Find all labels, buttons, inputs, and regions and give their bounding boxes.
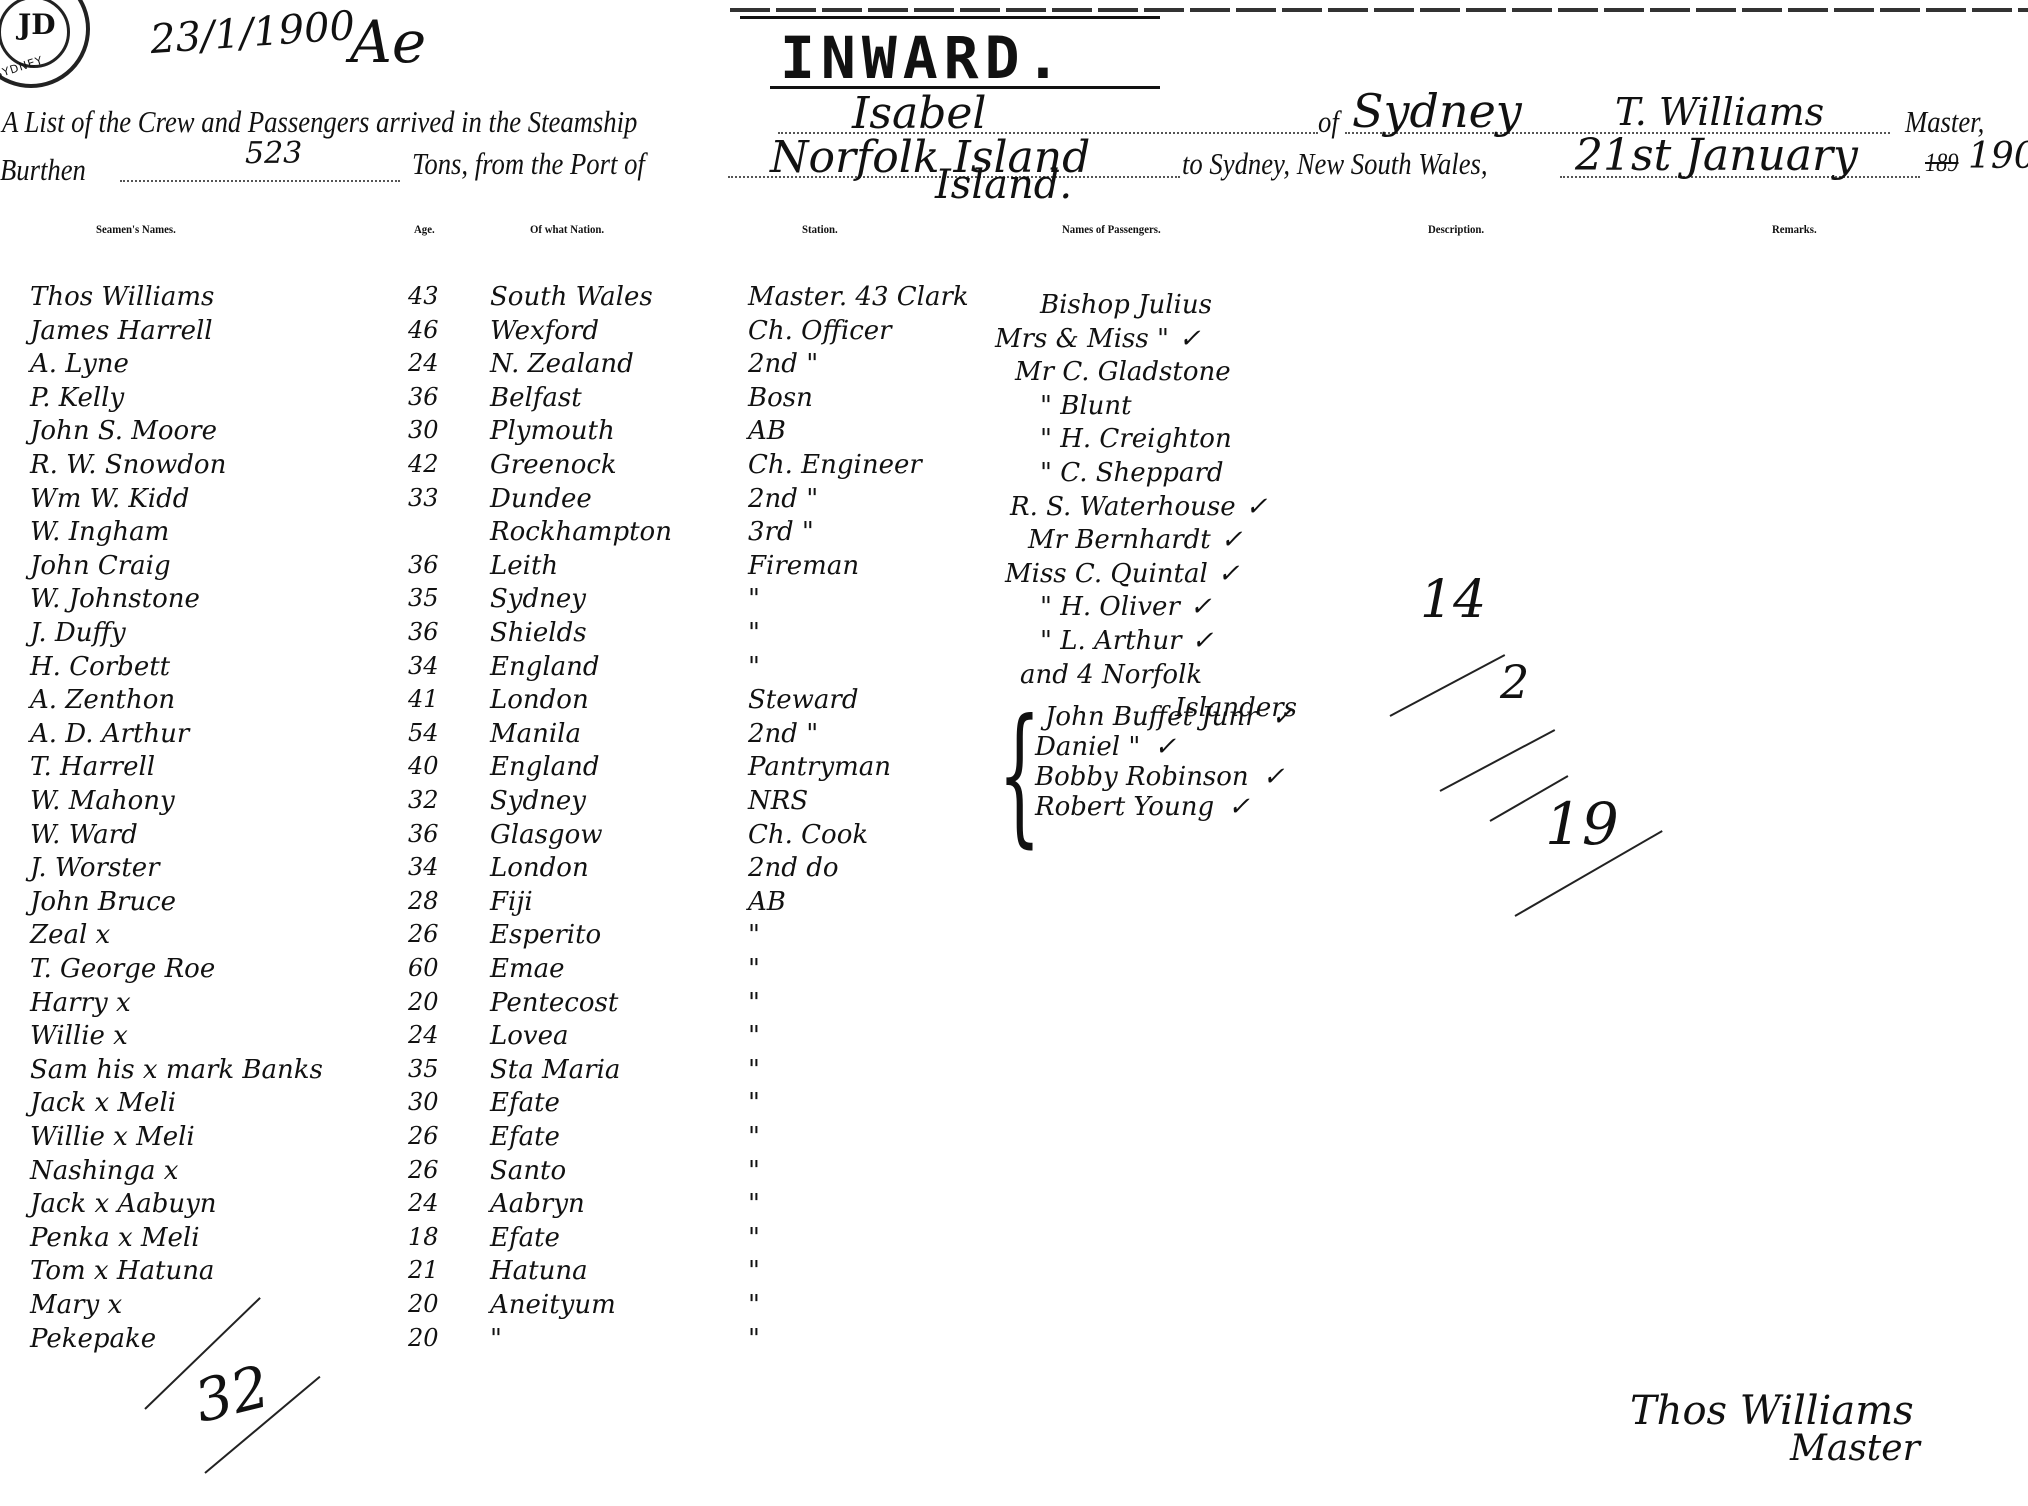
passenger-entry: " H. Creighton	[1040, 424, 1242, 454]
crew-nation: Efate	[490, 1122, 560, 1152]
passenger-name: " H. Oliver	[1040, 592, 1180, 622]
crew-nation: Dundee	[490, 484, 592, 514]
crew-station: AB	[748, 887, 786, 917]
checkmark-icon: ✓	[1272, 702, 1294, 732]
crew-name: Sam his x mark Banks	[30, 1055, 323, 1085]
crew-age: 43	[408, 282, 439, 310]
passenger-name: and 4 Norfolk	[1020, 660, 1202, 690]
crew-name: J. Worster	[30, 853, 160, 883]
crew-nation: Sta Maria	[490, 1055, 620, 1085]
tally-second: 2	[1500, 655, 1529, 709]
crew-row: Nashinga x26Santo"	[0, 1156, 2028, 1189]
col-age: Age.	[414, 222, 435, 237]
crew-name: Tom x Hatuna	[30, 1256, 214, 1286]
checkmark-icon: ✓	[1190, 592, 1212, 622]
crew-name: Pekepake	[30, 1324, 156, 1354]
top-border	[730, 8, 2028, 12]
crew-age: 42	[408, 450, 439, 478]
crew-age: 34	[408, 853, 439, 881]
passenger-name: R. S. Waterhouse	[1010, 492, 1236, 522]
crew-nation: Sydney	[490, 786, 586, 816]
crew-nation: Plymouth	[490, 416, 615, 446]
crew-station: "	[748, 1088, 760, 1118]
passenger-name: Mrs & Miss "	[995, 324, 1169, 354]
arrival-date: 21st January	[1575, 130, 1858, 181]
passenger-name: " Blunt	[1040, 391, 1132, 421]
crew-row: Tom x Hatuna21Hatuna"	[0, 1256, 2028, 1289]
arrival-year: 1900	[1968, 136, 2028, 177]
crew-nation: Glasgow	[490, 820, 602, 850]
header-line2-dest: to Sydney, New South Wales,	[1182, 146, 1488, 182]
passenger-entry: Miss C. Quintal✓	[1005, 559, 1240, 589]
crew-station: "	[748, 1189, 760, 1219]
header-line1-prefix: A List of the Crew and Passengers arrive…	[2, 104, 637, 140]
crew-row: J. Duffy36Shields"	[0, 618, 2028, 651]
tally-first: 14	[1420, 570, 1486, 630]
crew-age: 28	[408, 887, 439, 915]
islander-entry: Robert Young✓	[1035, 792, 1250, 822]
crew-age: 20	[408, 1290, 439, 1318]
col-nation: Of what Nation.	[530, 222, 604, 237]
crew-station: 2nd do	[748, 853, 839, 883]
crew-name: R. W. Snowdon	[30, 450, 226, 480]
crew-station: Fireman	[748, 551, 859, 581]
crew-nation: Pentecost	[490, 988, 618, 1018]
crew-station: Bosn	[748, 383, 813, 413]
crew-row: Willie x Meli26Efate"	[0, 1122, 2028, 1155]
crew-station: "	[748, 1223, 760, 1253]
crew-age: 32	[408, 786, 439, 814]
crew-station: "	[748, 584, 760, 614]
crew-name: Harry x	[30, 988, 131, 1018]
crew-age: 35	[408, 584, 439, 612]
passenger-entry: Bishop Julius	[1040, 290, 1222, 320]
passenger-name: Mr Bernhardt	[1028, 525, 1211, 555]
crew-age: 24	[408, 349, 439, 377]
crew-name: J. Duffy	[30, 618, 126, 648]
initials: Ae	[350, 8, 426, 76]
passenger-entry: " H. Oliver✓	[1040, 592, 1212, 622]
stamp-monogram: JD	[18, 8, 56, 41]
burthen-label: Burthen	[0, 152, 86, 188]
col-passengers: Names of Passengers.	[1062, 222, 1161, 237]
crew-row: Jack x Aabuyn24Aabryn"	[0, 1189, 2028, 1222]
passenger-name: Mr C. Gladstone	[1015, 357, 1231, 387]
crew-age: 36	[408, 618, 439, 646]
crew-nation: Fiji	[490, 887, 533, 917]
crew-age: 20	[408, 1324, 439, 1352]
crew-station: "	[748, 652, 760, 682]
crew-nation: Esperito	[490, 920, 601, 950]
crew-name: W. Johnstone	[30, 584, 200, 614]
passenger-name: " C. Sheppard	[1040, 458, 1224, 488]
checkmark-icon: ✓	[1246, 492, 1268, 522]
crew-nation: England	[490, 752, 600, 782]
crew-row: Harry x20Pentecost"	[0, 988, 2028, 1021]
crew-nation: Shields	[490, 618, 587, 648]
crew-row: A. Lyne24N. Zealand2nd "	[0, 349, 2028, 382]
crew-age: 46	[408, 316, 439, 344]
crew-row: Zeal x26Esperito"	[0, 920, 2028, 953]
crew-name: Mary x	[30, 1290, 122, 1320]
crew-nation: Efate	[490, 1223, 560, 1253]
crew-station: "	[748, 1021, 760, 1051]
crew-nation: London	[490, 853, 589, 883]
crew-nation: Manila	[490, 719, 581, 749]
master-label: Master,	[1905, 104, 1984, 140]
received-date: 23/1/1900	[149, 3, 357, 63]
crew-name: T. George Roe	[30, 954, 215, 984]
crew-station: 3rd "	[748, 517, 814, 547]
page-title: INWARD.	[780, 24, 1066, 92]
crew-age: 36	[408, 820, 439, 848]
passenger-entry: Mr Bernhardt✓	[1028, 525, 1243, 555]
crew-row: W. Johnstone35Sydney"	[0, 584, 2028, 617]
crew-row: Penka x Meli18Efate"	[0, 1223, 2028, 1256]
crew-age: 36	[408, 551, 439, 579]
islander-name: John Buffet Junr	[1045, 702, 1258, 732]
checkmark-icon: ✓	[1228, 792, 1250, 822]
crew-name: W. Mahony	[30, 786, 175, 816]
col-seamen-names: Seamen's Names.	[96, 222, 176, 237]
crew-nation: Aabryn	[490, 1189, 585, 1219]
crew-station: "	[748, 1055, 760, 1085]
passenger-entry: R. S. Waterhouse✓	[1010, 492, 1267, 522]
crew-age: 24	[408, 1021, 439, 1049]
col-description: Description.	[1428, 222, 1484, 237]
passenger-entry: " L. Arthur✓	[1040, 626, 1213, 656]
col-remarks: Remarks.	[1772, 222, 1817, 237]
master-signature-title: Master	[1790, 1428, 1920, 1469]
crew-age: 41	[408, 685, 439, 713]
title-rule-top	[740, 16, 1160, 19]
crew-age: 30	[408, 416, 439, 444]
crew-nation: N. Zealand	[490, 349, 634, 379]
crew-station: "	[748, 920, 760, 950]
crew-name: James Harrell	[30, 316, 213, 346]
crew-station: Ch. Cook	[748, 820, 868, 850]
checkmark-icon: ✓	[1179, 324, 1201, 354]
passenger-entry: Mrs & Miss "✓	[995, 324, 1201, 354]
passenger-name: Miss C. Quintal	[1005, 559, 1208, 589]
crew-age: 40	[408, 752, 439, 780]
checkmark-icon: ✓	[1263, 762, 1285, 792]
crew-name: P. Kelly	[30, 383, 124, 413]
crew-name: W. Ward	[30, 820, 138, 850]
crew-age: 33	[408, 484, 439, 512]
passenger-entry: and 4 Norfolk	[1020, 660, 1212, 690]
crew-nation: London	[490, 685, 589, 715]
crew-station: "	[748, 1290, 760, 1320]
crew-age: 30	[408, 1088, 439, 1116]
master-name: T. Williams	[1615, 90, 1824, 134]
crew-nation: Rockhampton	[490, 517, 672, 547]
printed-year-struck: 189	[1925, 148, 1959, 178]
crew-row: T. George Roe60Emae"	[0, 954, 2028, 987]
crew-row: H. Corbett34England"	[0, 652, 2028, 685]
crew-age: 20	[408, 988, 439, 1016]
crew-station: 2nd "	[748, 349, 818, 379]
crew-nation: Efate	[490, 1088, 560, 1118]
crew-station: Master. 43 Clark	[748, 282, 969, 312]
crew-row: Pekepake20""	[0, 1324, 2028, 1357]
crew-station: 2nd "	[748, 719, 818, 749]
crew-age: 60	[408, 954, 439, 982]
crew-name: A. D. Arthur	[30, 719, 189, 749]
tons-field	[120, 180, 400, 182]
crew-age: 34	[408, 652, 439, 680]
crew-age: 21	[408, 1256, 439, 1284]
tons-value: 523	[245, 136, 302, 171]
crew-nation: Hatuna	[490, 1256, 588, 1286]
crew-row: Thos Williams43South WalesMaster. 43 Cla…	[0, 282, 2028, 315]
crew-station: AB	[748, 416, 786, 446]
crew-name: Zeal x	[30, 920, 110, 950]
crew-station: "	[748, 1324, 760, 1354]
crew-station: Steward	[748, 685, 858, 715]
crew-age: 18	[408, 1223, 439, 1251]
crew-station: "	[748, 988, 760, 1018]
crew-nation: Leith	[490, 551, 558, 581]
crew-nation: "	[490, 1324, 502, 1354]
crew-station: 2nd "	[748, 484, 818, 514]
crew-name: Willie x Meli	[30, 1122, 195, 1152]
header-of-label: of	[1318, 104, 1339, 140]
passenger-name: " H. Creighton	[1040, 424, 1232, 454]
crew-age: 26	[408, 1156, 439, 1184]
col-station: Station.	[802, 222, 838, 237]
crew-row: Willie x24Lovea"	[0, 1021, 2028, 1054]
checkmark-icon: ✓	[1218, 559, 1240, 589]
checkmark-icon: ✓	[1221, 525, 1243, 555]
crew-station: Ch. Officer	[748, 316, 892, 346]
crew-name: A. Zenthon	[30, 685, 175, 715]
crew-name: A. Lyne	[30, 349, 129, 379]
crew-nation: Sydney	[490, 584, 586, 614]
passenger-name: Bishop Julius	[1040, 290, 1212, 320]
crew-station: NRS	[748, 786, 808, 816]
crew-name: Thos Williams	[30, 282, 214, 312]
crew-age: 36	[408, 383, 439, 411]
tally-third: 19	[1545, 790, 1619, 858]
passenger-name: " L. Arthur	[1040, 626, 1182, 656]
crew-age: 35	[408, 1055, 439, 1083]
crew-nation: Belfast	[490, 383, 582, 413]
crew-age: 54	[408, 719, 439, 747]
islander-entry: Daniel "✓	[1035, 732, 1176, 762]
crew-nation: Aneityum	[490, 1290, 616, 1320]
crew-name: John S. Moore	[30, 416, 217, 446]
checkmark-icon: ✓	[1192, 626, 1214, 656]
crew-station: "	[748, 1122, 760, 1152]
crew-name: Penka x Meli	[30, 1223, 200, 1253]
passenger-entry: " Blunt	[1040, 391, 1142, 421]
crew-nation: Wexford	[490, 316, 599, 346]
crew-row: John S. Moore30PlymouthAB	[0, 416, 2028, 449]
crew-name: T. Harrell	[30, 752, 155, 782]
islander-entry: Bobby Robinson✓	[1035, 762, 1284, 792]
crew-nation: Emae	[490, 954, 565, 984]
crew-name: Jack x Aabuyn	[30, 1189, 217, 1219]
crew-row: Jack x Meli30Efate"	[0, 1088, 2028, 1121]
crew-station: "	[748, 954, 760, 984]
crew-row: John Bruce28FijiAB	[0, 887, 2028, 920]
crew-name: Nashinga x	[30, 1156, 178, 1186]
crew-name: H. Corbett	[30, 652, 170, 682]
crew-name: John Bruce	[30, 887, 176, 917]
crew-station: "	[748, 618, 760, 648]
crew-name: Jack x Meli	[30, 1088, 176, 1118]
passenger-entry: " C. Sheppard	[1040, 458, 1234, 488]
from-port-continuation: Island.	[935, 162, 1072, 208]
crew-nation: Lovea	[490, 1021, 569, 1051]
crew-nation: Santo	[490, 1156, 566, 1186]
crew-name: Wm W. Kidd	[30, 484, 189, 514]
crew-name: Willie x	[30, 1021, 128, 1051]
home-port: Sydney	[1352, 84, 1522, 138]
islander-entry: John Buffet Junr✓	[1045, 702, 1293, 732]
islander-name: Daniel "	[1035, 732, 1140, 762]
islander-name: Robert Young	[1035, 792, 1214, 822]
checkmark-icon: ✓	[1154, 732, 1176, 762]
crew-age: 24	[408, 1189, 439, 1217]
crew-row: Sam his x mark Banks35Sta Maria"	[0, 1055, 2028, 1088]
crew-name: W. Ingham	[30, 517, 169, 547]
crew-name: John Craig	[30, 551, 171, 581]
crew-station: "	[748, 1256, 760, 1286]
header-line2-mid: Tons, from the Port of	[412, 146, 645, 182]
crew-nation: Greenock	[490, 450, 617, 480]
crew-row: W. InghamRockhampton3rd "	[0, 517, 2028, 550]
official-stamp: JD SYDNEY	[0, 0, 90, 88]
crew-nation: England	[490, 652, 600, 682]
crew-station: "	[748, 1156, 760, 1186]
crew-age: 26	[408, 1122, 439, 1150]
crew-nation: South Wales	[490, 282, 653, 312]
crew-station: Ch. Engineer	[748, 450, 922, 480]
crew-row: P. Kelly36BelfastBosn	[0, 383, 2028, 416]
passenger-entry: Mr C. Gladstone	[1015, 357, 1241, 387]
islander-name: Bobby Robinson	[1035, 762, 1249, 792]
crew-row: Mary x20Aneityum"	[0, 1290, 2028, 1323]
crew-age: 26	[408, 920, 439, 948]
crew-row: R. W. Snowdon42GreenockCh. Engineer	[0, 450, 2028, 483]
crew-station: Pantryman	[748, 752, 891, 782]
